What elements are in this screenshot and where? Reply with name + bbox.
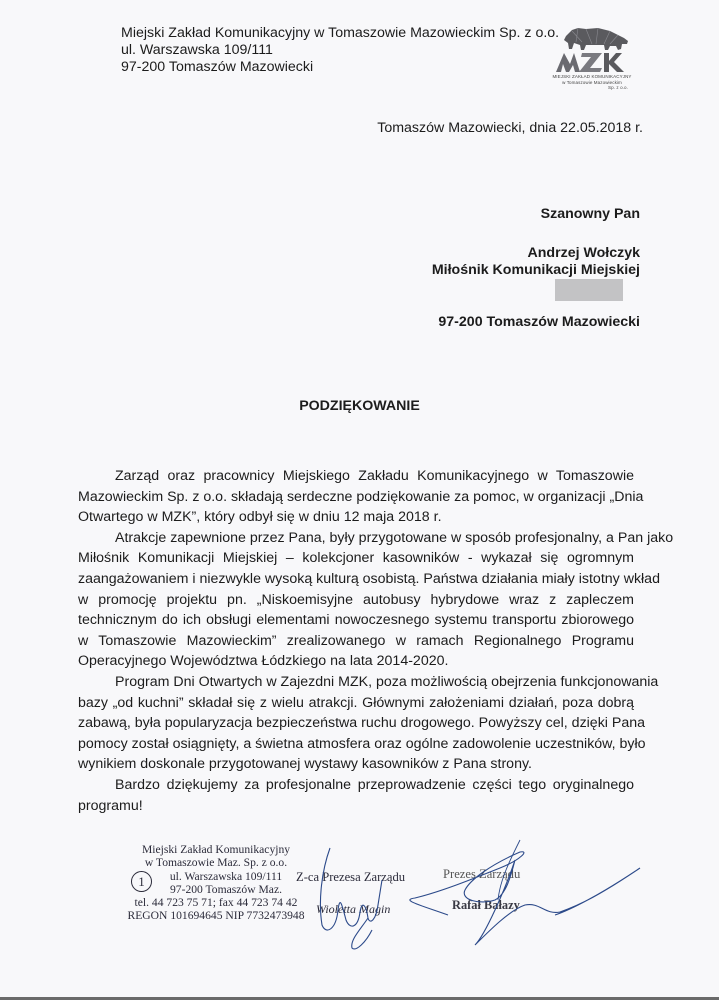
date-line: Tomaszów Mazowiecki, dnia 22.05.2018 r. — [377, 120, 643, 136]
signature-role-vice-president: Z-ca Prezesa Zarządu — [296, 870, 405, 885]
document-title: PODZIĘKOWANIE — [0, 398, 719, 414]
company-stamp: Miejski Zakład Komunikacyjny w Tomaszowi… — [116, 843, 316, 923]
stamp-number-circle: 1 — [131, 871, 152, 892]
signature-name-vice-president: Wioletta Magin — [316, 902, 390, 917]
recipient-title: Miłośnik Komunikacji Miejskiej — [432, 262, 640, 279]
signature-name-president: Rafał Bałazy — [452, 898, 520, 913]
redacted-address — [555, 279, 623, 301]
sender-city: 97-200 Tomaszów Mazowiecki — [121, 59, 559, 76]
sender-company: Miejski Zakład Komunikacyjny w Tomaszowi… — [121, 25, 559, 42]
paragraph: Bardzo dziękujemy za profesjonalne przep… — [78, 775, 634, 816]
paragraph: Zarząd oraz pracownicy Miejskiego Zakład… — [78, 466, 634, 528]
bear-icon — [552, 22, 632, 74]
letter-page: Miejski Zakład Komunikacyjny w Tomaszowi… — [0, 0, 719, 997]
recipient-block: Andrzej Wołczyk Miłośnik Komunikacji Mie… — [432, 245, 640, 279]
logo-caption: MIEJSKI ZAKŁAD KOMUNIKACYJNY w Tomaszowi… — [552, 74, 632, 91]
signature-role-president: Prezes Zarządu — [443, 867, 520, 882]
sender-street: ul. Warszawska 109/111 — [121, 42, 559, 59]
paragraph: Atrakcje zapewnione przez Pana, były prz… — [78, 528, 634, 672]
letter-body: Zarząd oraz pracownicy Miejskiego Zakład… — [78, 466, 634, 816]
mzk-logo: MIEJSKI ZAKŁAD KOMUNIKACYJNY w Tomaszowi… — [552, 22, 632, 94]
recipient-city: 97-200 Tomaszów Mazowiecki — [438, 314, 640, 330]
sender-address: Miejski Zakład Komunikacyjny w Tomaszowi… — [121, 25, 559, 76]
paragraph: Program Dni Otwartych w Zajezdni MZK, po… — [78, 672, 634, 775]
recipient-greeting: Szanowny Pan — [541, 206, 640, 222]
recipient-name: Andrzej Wołczyk — [432, 245, 640, 262]
